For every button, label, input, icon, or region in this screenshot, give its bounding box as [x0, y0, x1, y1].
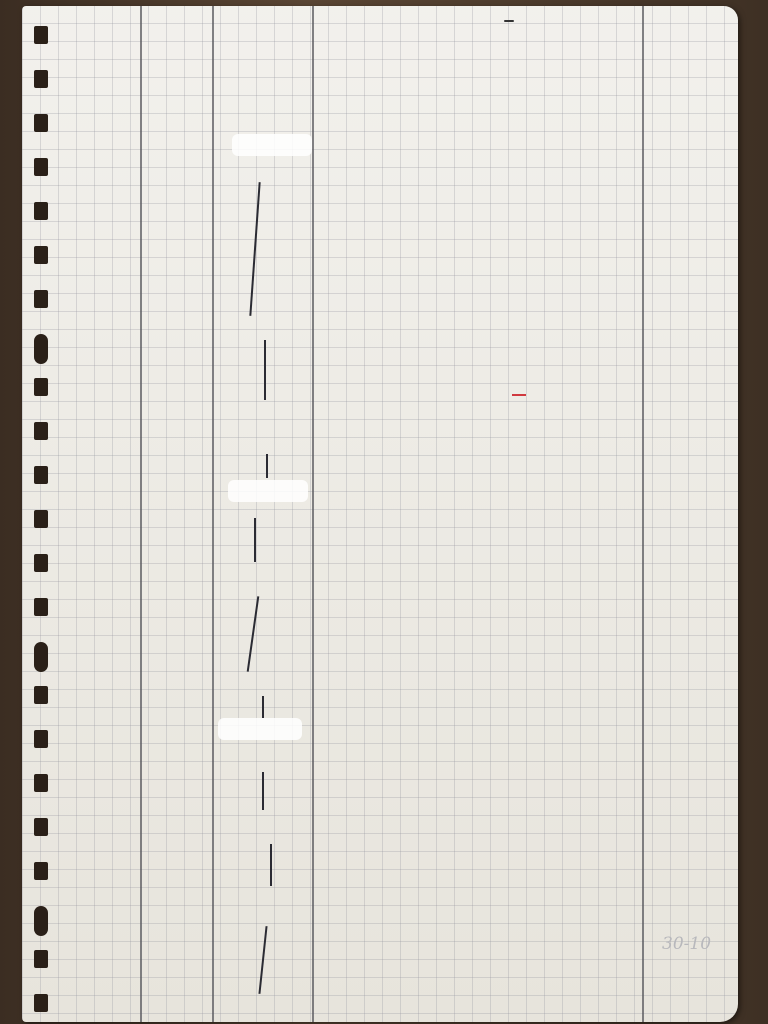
ditto-line	[247, 596, 260, 672]
note-cell	[512, 394, 526, 396]
ledger-page: 30-10	[22, 6, 738, 1022]
correction-fluid	[218, 718, 302, 740]
binding-hole	[34, 246, 48, 264]
column-divider-title	[642, 6, 644, 1022]
binding-hole	[34, 422, 48, 440]
ditto-line	[266, 454, 268, 478]
binding-hole	[34, 114, 48, 132]
ditto-line	[254, 518, 256, 562]
binding-holes	[34, 26, 54, 1016]
ditto-line	[270, 844, 272, 886]
binding-hole	[34, 510, 48, 528]
binding-hole	[34, 774, 48, 792]
binding-hole	[34, 862, 48, 880]
binding-hole	[34, 994, 48, 1012]
ditto-line	[262, 772, 264, 810]
faded-stamp: 30-10	[662, 936, 711, 952]
binding-hole	[34, 466, 48, 484]
ditto-line	[249, 182, 260, 316]
column-divider-matrix	[212, 6, 214, 1022]
column-divider-artist	[312, 6, 314, 1022]
ditto-line	[262, 696, 264, 718]
binding-hole	[34, 554, 48, 572]
binding-hole	[34, 26, 48, 44]
column-divider-date	[140, 6, 142, 1022]
binding-hole	[34, 70, 48, 88]
binding-hole	[34, 290, 48, 308]
binding-hole	[34, 598, 48, 616]
binding-hole	[34, 158, 48, 176]
binding-hole	[34, 906, 48, 936]
correction-fluid	[232, 134, 312, 156]
binding-hole	[34, 202, 48, 220]
note-cell	[504, 20, 514, 22]
binding-hole	[34, 730, 48, 748]
binding-hole	[34, 334, 48, 364]
binding-hole	[34, 950, 48, 968]
ditto-line	[258, 926, 267, 994]
ditto-line	[264, 340, 266, 400]
binding-hole	[34, 378, 48, 396]
binding-hole	[34, 818, 48, 836]
correction-fluid	[228, 480, 308, 502]
binding-hole	[34, 686, 48, 704]
binding-hole	[34, 642, 48, 672]
